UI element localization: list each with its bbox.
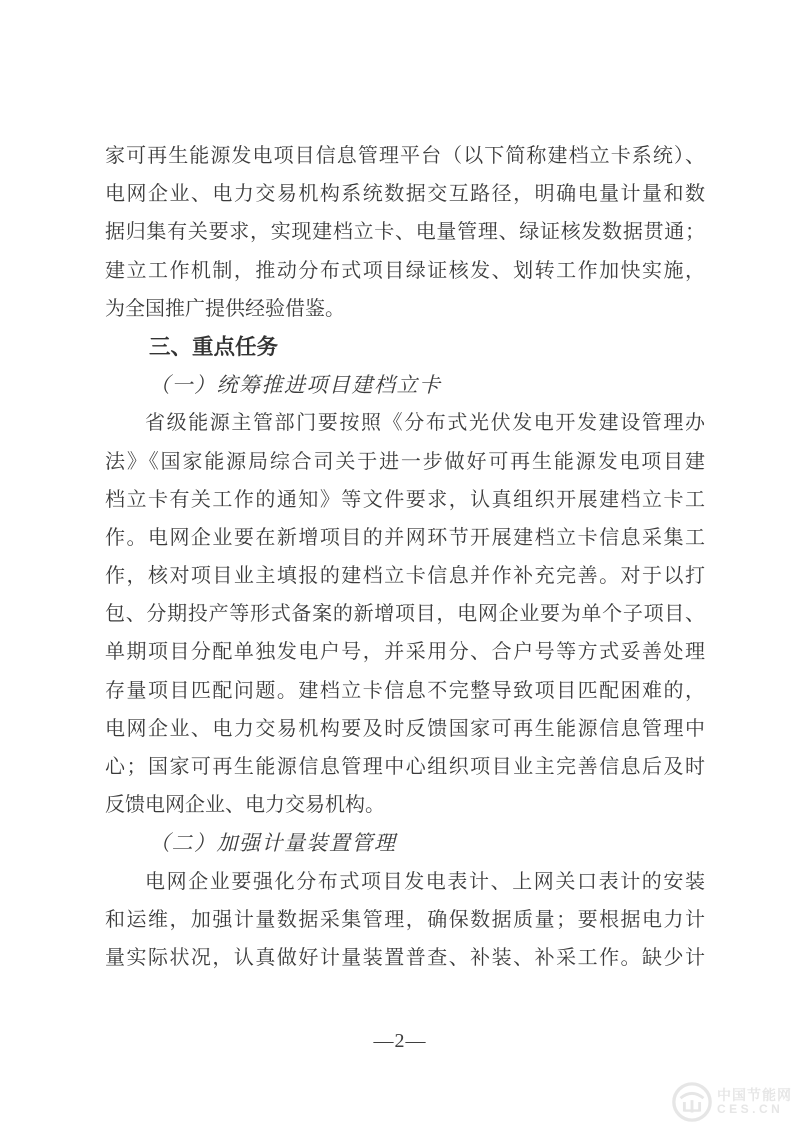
document-page: 家可再生能源发电项目信息管理平台（以下简称建档立卡系统）、 电网企业、电力交易机…	[0, 0, 800, 1131]
body-line: 为全国推广提供经验借鉴。	[105, 290, 705, 328]
body-line: 心；国家可再生能源信息管理中心组织项目业主完善信息后及时	[105, 748, 705, 786]
body-line: 建立工作机制，推动分布式项目绿证核发、划转工作加快实施，	[105, 252, 705, 290]
body-line: 包、分期投产等形式备案的新增项目，电网企业要为单个子项目、	[105, 595, 705, 633]
ces-circle-logo-icon	[671, 1081, 713, 1123]
body-line: 作，核对项目业主填报的建档立卡信息并作补充完善。对于以打	[105, 557, 705, 595]
body-line: 量实际状况，认真做好计量装置普查、补装、补采工作。缺少计	[105, 939, 705, 977]
body-line: 档立卡有关工作的通知》等文件要求，认真组织开展建档立卡工	[105, 481, 705, 519]
body-line: 家可再生能源发电项目信息管理平台（以下简称建档立卡系统）、	[105, 137, 705, 175]
page-number: —2—	[0, 1030, 800, 1053]
body-line: 反馈电网企业、电力交易机构。	[105, 786, 705, 824]
watermark-site-domain: CES.CN	[717, 1103, 792, 1117]
subsection-heading-2: （二）加强计量装置管理	[105, 824, 705, 862]
body-line: 据归集有关要求，实现建档立卡、电量管理、绿证核发数据贯通；	[105, 213, 705, 251]
body-line: 电网企业要强化分布式项目发电表计、上网关口表计的安装	[105, 863, 705, 901]
watermark-site-name: 中国节能网	[717, 1087, 792, 1103]
section-heading: 三、重点任务	[105, 328, 705, 366]
document-body: 家可再生能源发电项目信息管理平台（以下简称建档立卡系统）、 电网企业、电力交易机…	[105, 137, 705, 977]
body-line: 电网企业、电力交易机构要及时反馈国家可再生能源信息管理中	[105, 710, 705, 748]
body-line: 法》《国家能源局综合司关于进一步做好可再生能源发电项目建	[105, 443, 705, 481]
watermark: 中国节能网 CES.CN	[671, 1081, 792, 1123]
body-line: 和运维，加强计量数据采集管理，确保数据质量；要根据电力计	[105, 901, 705, 939]
subsection-heading-1: （一）统筹推进项目建档立卡	[105, 366, 705, 404]
body-line: 作。电网企业要在新增项目的并网环节开展建档立卡信息采集工	[105, 519, 705, 557]
body-line: 省级能源主管部门要按照《分布式光伏发电开发建设管理办	[105, 404, 705, 442]
body-line: 单期项目分配单独发电户号，并采用分、合户号等方式妥善处理	[105, 633, 705, 671]
watermark-text: 中国节能网 CES.CN	[717, 1087, 792, 1117]
body-line: 电网企业、电力交易机构系统数据交互路径，明确电量计量和数	[105, 175, 705, 213]
body-line: 存量项目匹配问题。建档立卡信息不完整导致项目匹配困难的，	[105, 672, 705, 710]
